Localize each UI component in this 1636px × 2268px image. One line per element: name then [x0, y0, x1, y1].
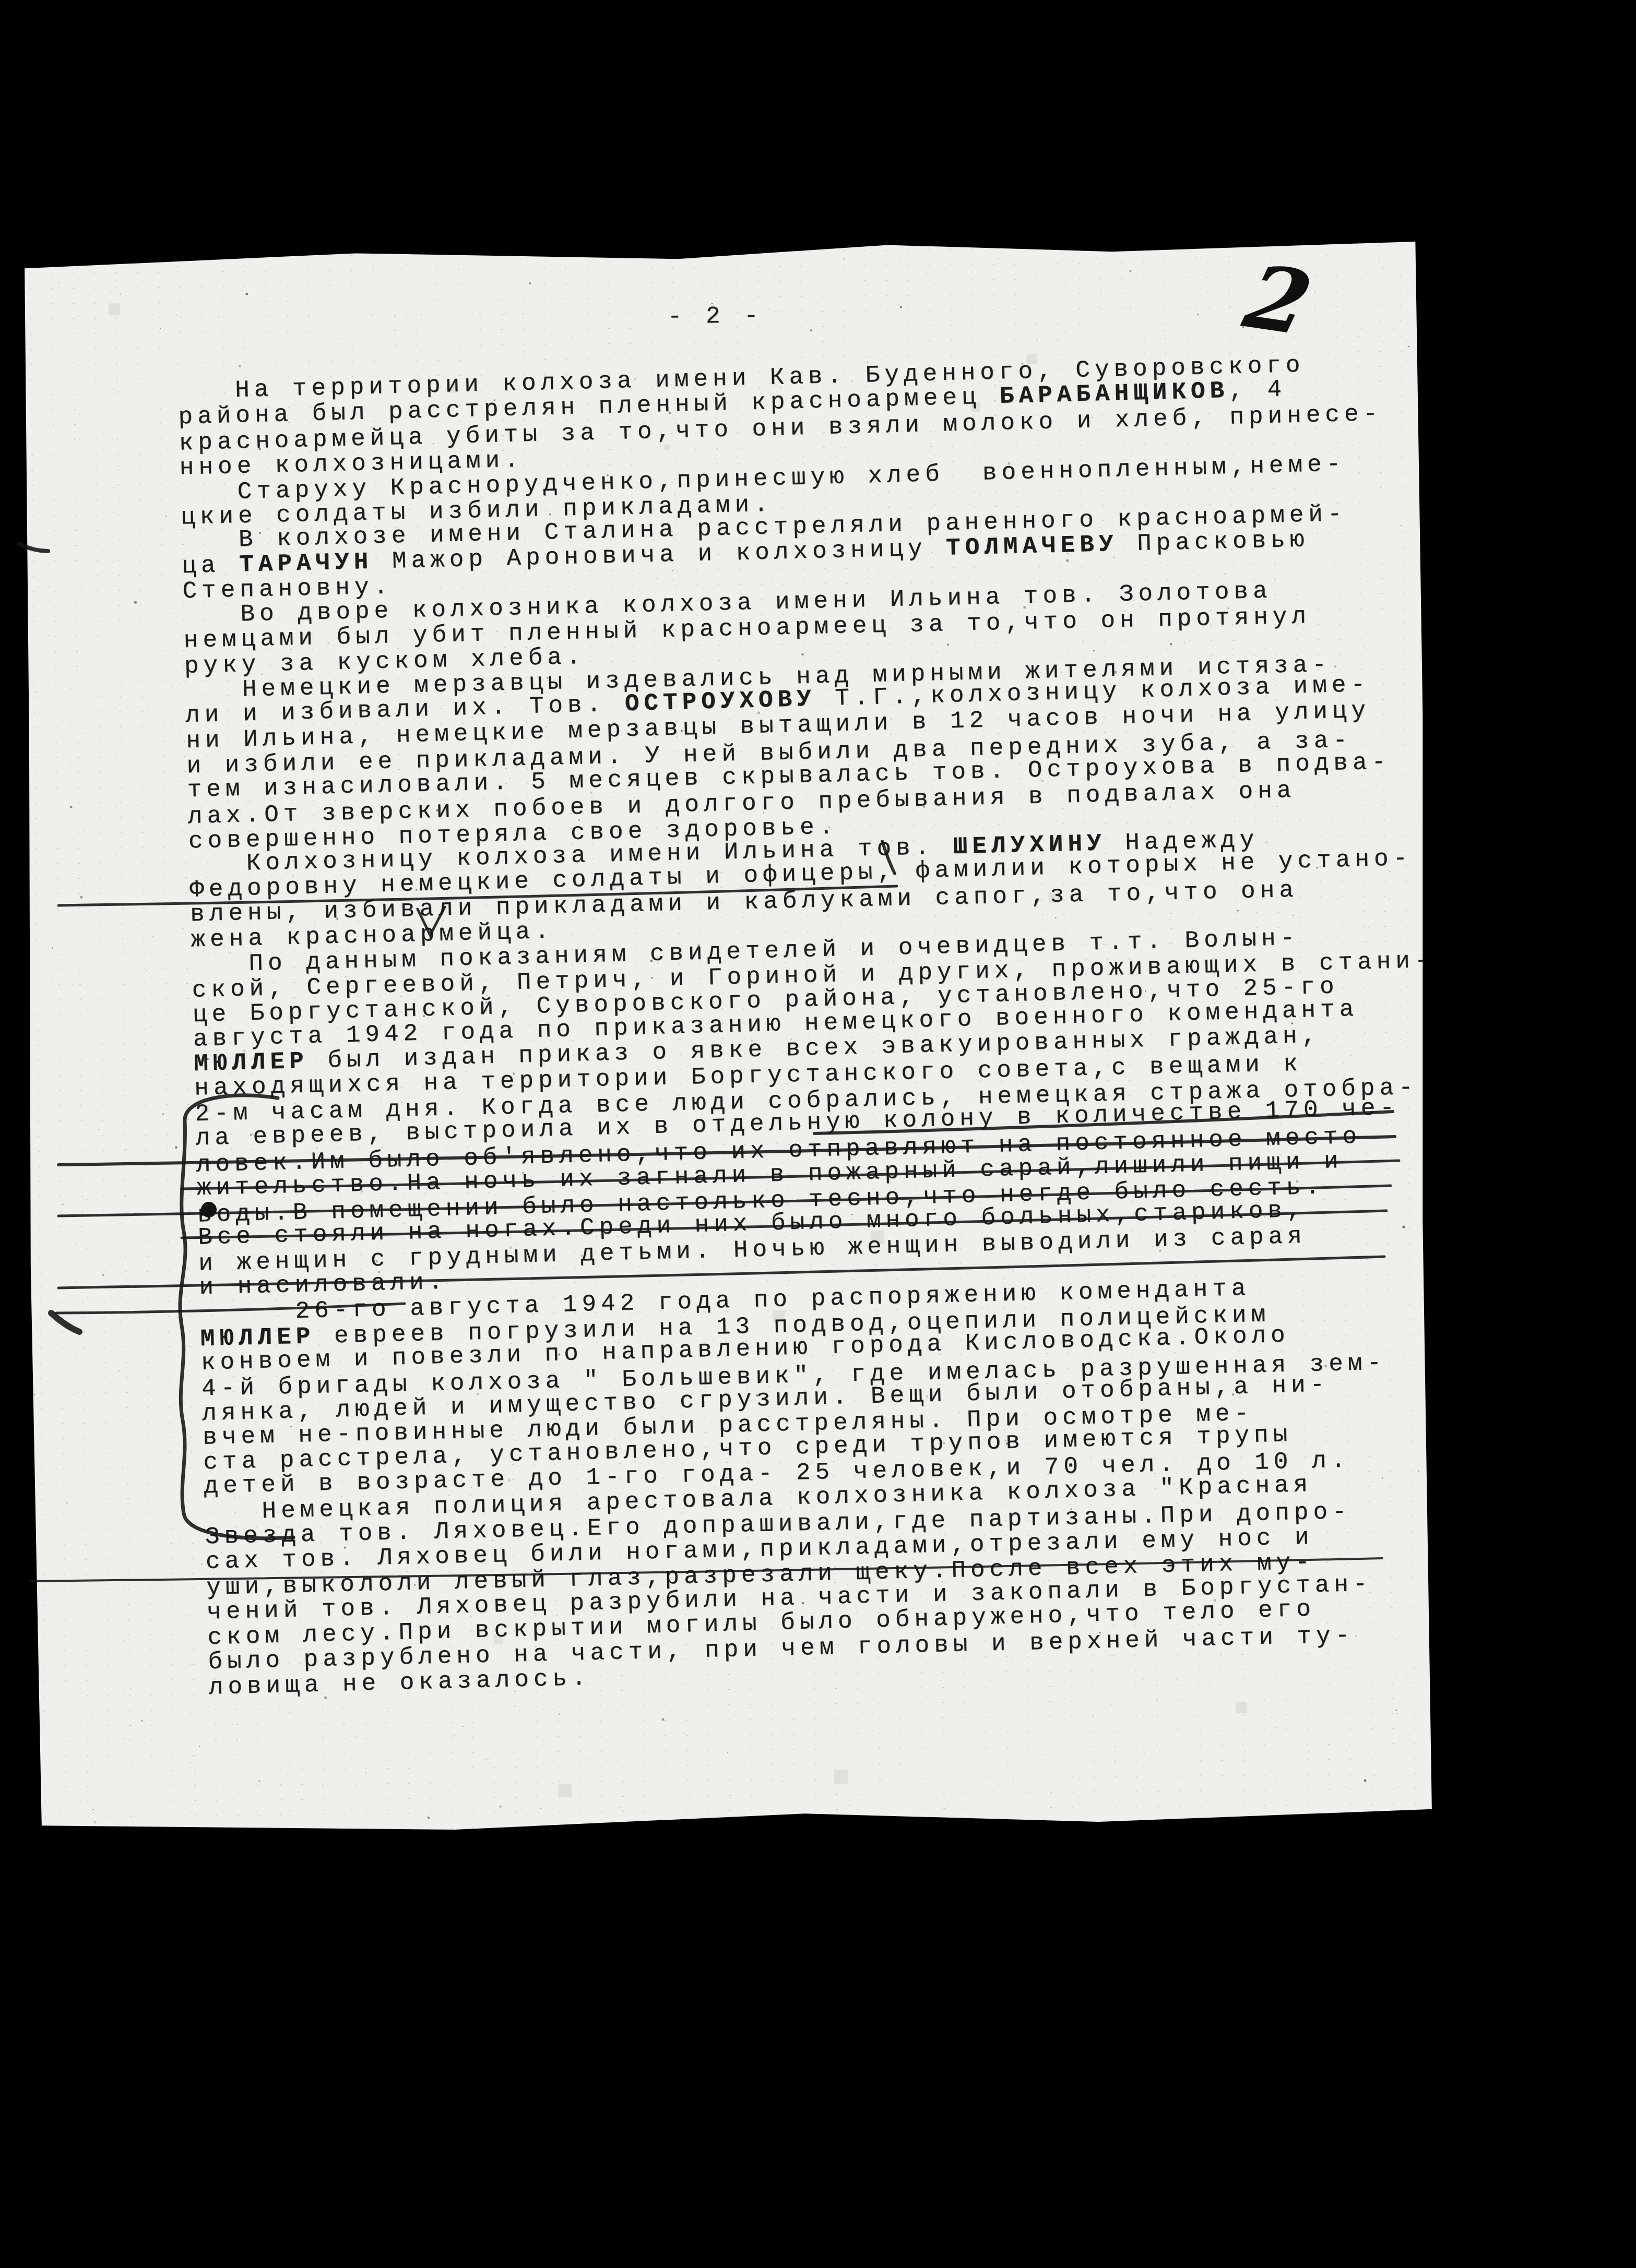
- handwritten-page-number: 2: [1235, 245, 1321, 355]
- document-page: - 2 - 2 На территории колхоза имени Кав.…: [19, 237, 1435, 1839]
- scan-background: { "scan": { "page_number_typed": "- 2 -"…: [0, 0, 1636, 2268]
- typewritten-text-block: На территории колхоза имени Кав. Буденно…: [177, 351, 1451, 1700]
- paper-noise-specks: [19, 251, 20, 252]
- typed-page-number: - 2 -: [667, 302, 763, 330]
